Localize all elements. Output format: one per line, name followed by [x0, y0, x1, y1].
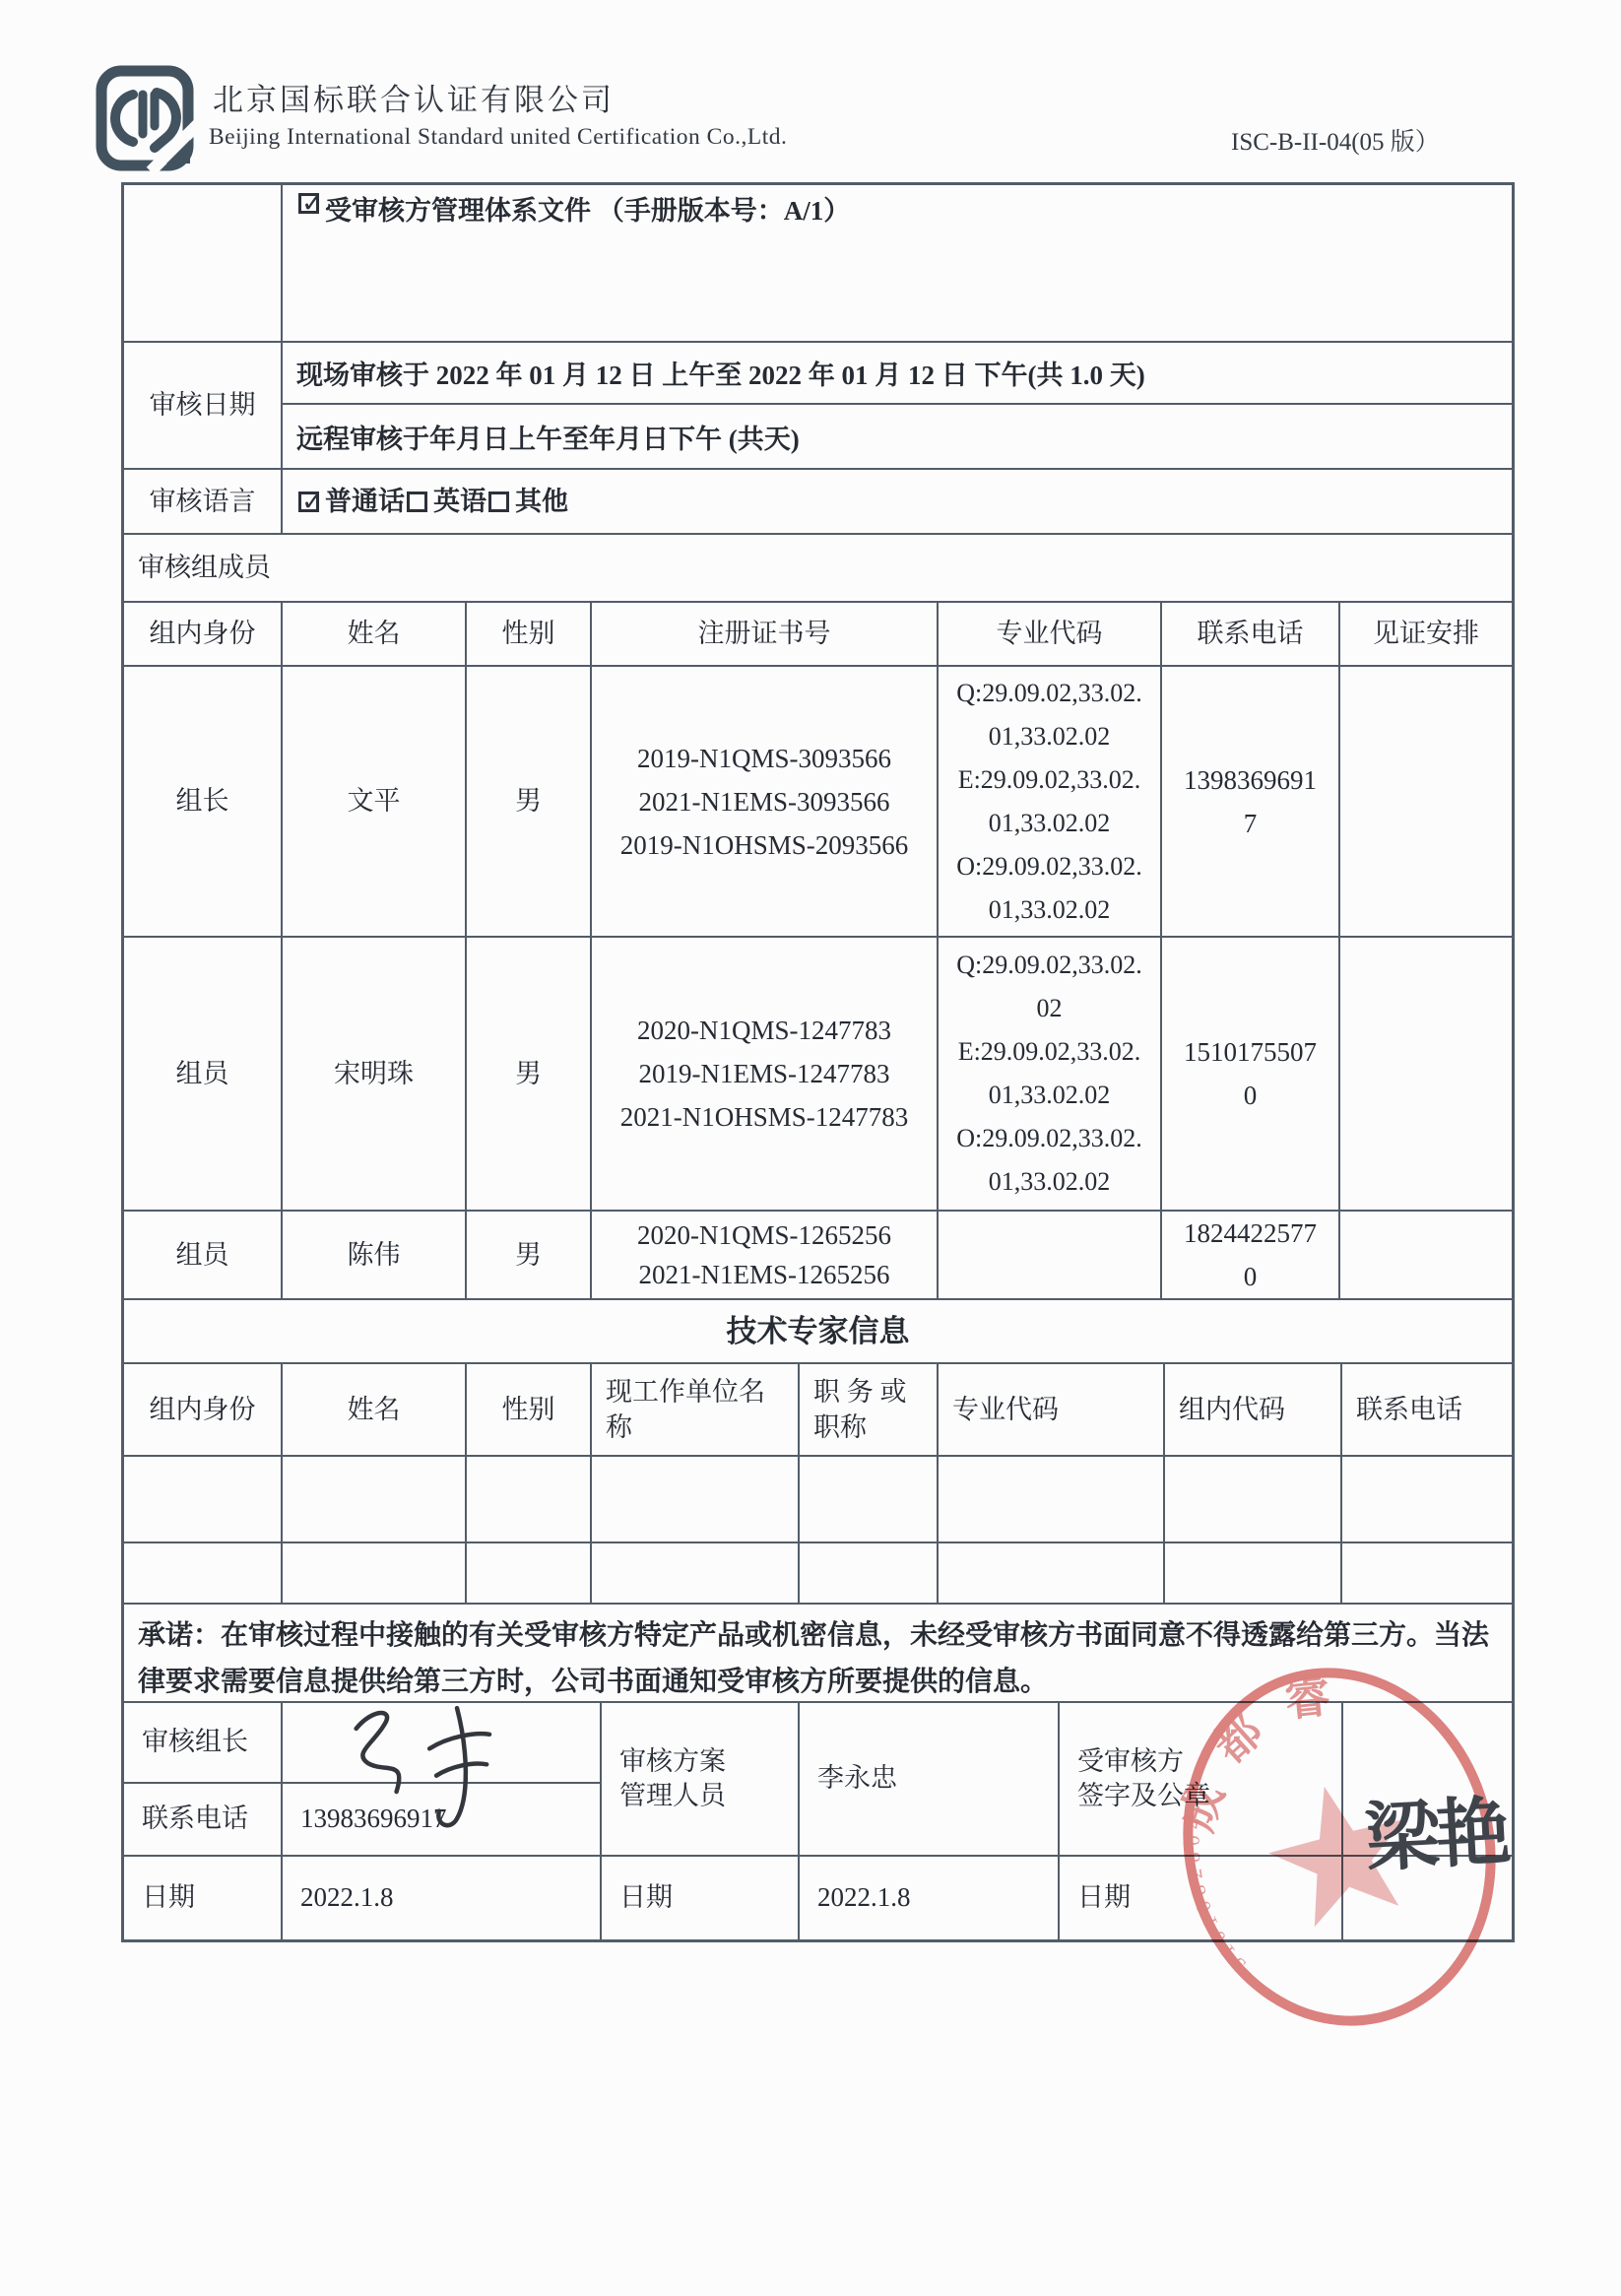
company-name-en: Beijing International Standard united Ce…	[209, 124, 787, 151]
document-code: ISC-B-II-04(05 版）	[1231, 122, 1440, 158]
empty-cell	[939, 1543, 1165, 1603]
team-table-header: 组内身份 姓名 性别 注册证书号 专业代码 联系电话 见证安排	[124, 603, 1512, 667]
member-name: 文平	[283, 667, 467, 936]
date-label: 日期	[124, 1857, 281, 1939]
col-role: 组内身份	[124, 1364, 283, 1455]
team-section-row: 审核组成员	[124, 535, 1512, 603]
manager-date-value: 2022.1.8	[800, 1857, 1058, 1939]
empty-cell	[283, 1543, 467, 1603]
scheme-manager-label: 审核方案 管理人员	[602, 1703, 798, 1857]
remote-audit-date: 远程审核于年月日上午至年月日下午 (共天)	[283, 405, 1512, 468]
docs-row-empty-cell	[124, 185, 283, 341]
audit-date-content: 现场审核于 2022 年 01 月 12 日 上午至 2022 年 01 月 1…	[283, 343, 1512, 468]
member-role: 组员	[124, 1212, 283, 1298]
scheme-manager-col: 审核方案 管理人员 日期	[602, 1703, 800, 1939]
col-position: 职 务 或 职称	[800, 1364, 939, 1455]
member-gender: 男	[467, 667, 592, 936]
team-member-row: 组员 陈伟 男 2020-N1QMS-1265256 2021-N1EMS-12…	[124, 1212, 1512, 1300]
audit-language-row: 审核语言 普通话 英语 其他	[124, 470, 1512, 535]
expert-empty-row	[124, 1457, 1512, 1543]
member-role: 组长	[124, 667, 283, 936]
empty-cell	[592, 1543, 800, 1603]
scheme-manager-name: 李永忠	[800, 1703, 1058, 1857]
leader-date-value: 2022.1.8	[283, 1857, 600, 1939]
scheme-manager-values-col: 李永忠 2022.1.8	[800, 1703, 1060, 1939]
col-employer: 现工作单位名 称	[592, 1364, 800, 1455]
member-cert-numbers: 2020-N1QMS-1265256 2021-N1EMS-1265256	[592, 1212, 939, 1298]
audit-date-label: 审核日期	[124, 343, 283, 468]
company-name-cn: 北京国标联合认证有限公司	[213, 75, 615, 119]
col-cert-number: 注册证书号	[592, 603, 939, 665]
empty-cell	[467, 1543, 592, 1603]
team-leader-handwritten-signature	[295, 1692, 551, 1840]
member-witness	[1340, 667, 1512, 936]
member-specialty-codes: Q:29.09.02,33.02. 02 E:29.09.02,33.02. 0…	[939, 938, 1162, 1210]
audit-date-row: 审核日期 现场审核于 2022 年 01 月 12 日 上午至 2022 年 0…	[124, 343, 1512, 470]
empty-cell	[1342, 1543, 1512, 1603]
audit-language-label: 审核语言	[124, 470, 283, 533]
team-leader-label: 审核组长	[124, 1703, 281, 1784]
unchecked-checkbox-icon	[407, 492, 427, 512]
member-gender: 男	[467, 938, 592, 1210]
audit-language-options: 普通话 英语 其他	[283, 470, 1512, 533]
member-cert-numbers: 2019-N1QMS-3093566 2021-N1EMS-3093566 20…	[592, 667, 939, 936]
member-phone: 18244225770	[1182, 1212, 1320, 1298]
scanned-form-page: 北京国标联合认证有限公司 Beijing International Stand…	[0, 0, 1621, 2296]
phone-label: 联系电话	[124, 1784, 281, 1857]
empty-cell	[939, 1457, 1165, 1542]
member-phone: 13983696917	[1182, 758, 1320, 845]
member-witness	[1340, 938, 1512, 1210]
docs-row: 受审核方管理体系文件 （手册版本号：A/1）	[124, 185, 1512, 343]
col-phone: 联系电话	[1162, 603, 1340, 665]
auditee-handwritten-signature: 梁艳	[1362, 1771, 1510, 1885]
empty-cell	[1342, 1457, 1512, 1542]
col-phone: 联系电话	[1342, 1364, 1512, 1455]
language-option-english: 英语	[433, 484, 486, 519]
language-option-mandarin: 普通话	[325, 484, 405, 519]
signature-labels-col: 审核组长 联系电话 日期	[124, 1703, 283, 1939]
unchecked-checkbox-icon	[488, 492, 509, 512]
expert-section-title: 技术专家信息	[124, 1300, 1512, 1362]
member-phone-cell: 13983696917	[1162, 667, 1340, 936]
col-gender: 性别	[467, 603, 592, 665]
col-team-code: 组内代码	[1165, 1364, 1342, 1455]
col-witness: 见证安排	[1340, 603, 1512, 665]
date-label: 日期	[602, 1857, 798, 1939]
empty-cell	[800, 1457, 939, 1542]
member-specialty-codes	[939, 1212, 1162, 1298]
col-gender: 性别	[467, 1364, 592, 1455]
member-gender: 男	[467, 1212, 592, 1298]
col-role: 组内身份	[124, 603, 283, 665]
language-option-other: 其他	[515, 484, 568, 519]
member-role: 组员	[124, 938, 283, 1210]
expert-empty-row	[124, 1543, 1512, 1605]
member-phone: 15101755070	[1182, 1030, 1320, 1117]
team-section-label: 审核组成员	[124, 535, 1512, 601]
member-specialty-codes: Q:29.09.02,33.02. 01,33.02.02 E:29.09.02…	[939, 667, 1162, 936]
checked-checkbox-icon	[298, 492, 319, 512]
col-name: 姓名	[283, 1364, 467, 1455]
empty-cell	[467, 1457, 592, 1542]
empty-cell	[124, 1457, 283, 1542]
member-phone-cell: 15101755070	[1162, 938, 1340, 1210]
empty-cell	[1165, 1543, 1342, 1603]
expert-section-row: 技术专家信息	[124, 1300, 1512, 1364]
member-phone-cell: 18244225770	[1162, 1212, 1340, 1298]
empty-cell	[592, 1457, 800, 1542]
company-logo	[94, 65, 200, 175]
member-name: 陈伟	[283, 1212, 467, 1298]
empty-cell	[800, 1543, 939, 1603]
team-member-row: 组长 文平 男 2019-N1QMS-3093566 2021-N1EMS-30…	[124, 667, 1512, 938]
col-specialty-code: 专业代码	[939, 1364, 1165, 1455]
expert-table-header: 组内身份 姓名 性别 现工作单位名 称 职 务 或 职称 专业代码 组内代码 联…	[124, 1364, 1512, 1457]
col-name: 姓名	[283, 603, 467, 665]
empty-cell	[1165, 1457, 1342, 1542]
team-member-row: 组员 宋明珠 男 2020-N1QMS-1247783 2019-N1EMS-1…	[124, 938, 1512, 1212]
empty-cell	[283, 1457, 467, 1542]
empty-cell	[124, 1543, 283, 1603]
col-specialty-code: 专业代码	[939, 603, 1162, 665]
onsite-audit-date: 现场审核于 2022 年 01 月 12 日 上午至 2022 年 01 月 1…	[283, 343, 1512, 405]
docs-label: 受审核方管理体系文件 （手册版本号：A/1）	[325, 193, 850, 229]
member-witness	[1340, 1212, 1512, 1298]
member-cert-numbers: 2020-N1QMS-1247783 2019-N1EMS-1247783 20…	[592, 938, 939, 1210]
member-name: 宋明珠	[283, 938, 467, 1210]
docs-row-content: 受审核方管理体系文件 （手册版本号：A/1）	[283, 185, 1512, 341]
checked-checkbox-icon	[298, 193, 319, 214]
